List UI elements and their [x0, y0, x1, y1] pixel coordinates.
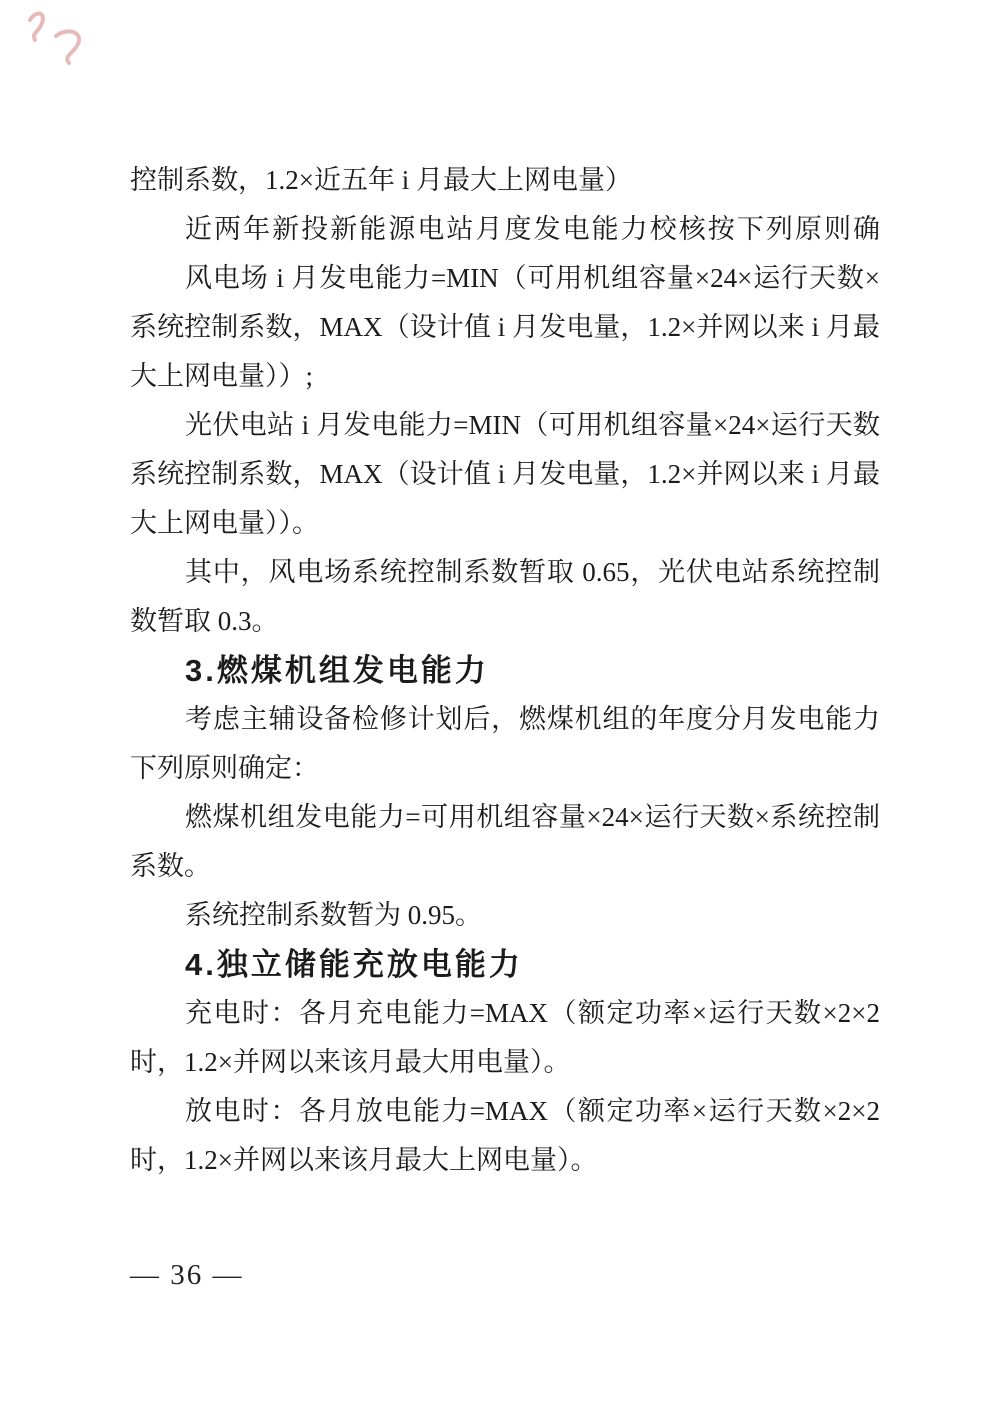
text-line: 放电时：各月放电能力=MAX（额定功率×运行天数×2×2 小 — [130, 1087, 880, 1136]
text-line: 数暂取 0.3。 — [130, 597, 880, 646]
text-line: 近两年新投新能源电站月度发电能力校核按下列原则确定： — [130, 205, 880, 254]
text-line: 大上网电量））。 — [130, 499, 880, 548]
text-line: 光伏电站 i 月发电能力=MIN（可用机组容量×24×运行天数× — [130, 401, 880, 450]
text-line: 风电场 i 月发电能力=MIN（可用机组容量×24×运行天数× — [130, 254, 880, 303]
red-pen-scribble-icon — [22, 6, 102, 71]
document-body: 控制系数，1.2×近五年 i 月最大上网电量）近两年新投新能源电站月度发电能力校… — [130, 156, 880, 1185]
section-heading: 3.燃煤机组发电能力 — [130, 646, 880, 695]
text-line: 其中，风电场系统控制系数暂取 0.65，光伏电站系统控制系 — [130, 548, 880, 597]
text-line: 充电时：各月充电能力=MAX（额定功率×运行天数×2×2 小 — [130, 989, 880, 1038]
text-line: 控制系数，1.2×近五年 i 月最大上网电量） — [130, 156, 880, 205]
text-line: 考虑主辅设备检修计划后，燃煤机组的年度分月发电能力按 — [130, 695, 880, 744]
text-line: 系统控制系数暂为 0.95。 — [130, 891, 880, 940]
document-page: 控制系数，1.2×近五年 i 月最大上网电量）近两年新投新能源电站月度发电能力校… — [0, 0, 1000, 1414]
page-number: — 36 — — [130, 1256, 244, 1294]
section-heading: 4.独立储能充放电能力 — [130, 940, 880, 989]
text-line: 时，1.2×并网以来该月最大用电量）。 — [130, 1038, 880, 1087]
text-line: 大上网电量））; — [130, 352, 880, 401]
text-line: 系统控制系数，MAX（设计值 i 月发电量，1.2×并网以来 i 月最 — [130, 303, 880, 352]
text-line: 系统控制系数，MAX（设计值 i 月发电量，1.2×并网以来 i 月最 — [130, 450, 880, 499]
text-line: 系数。 — [130, 842, 880, 891]
text-line: 时，1.2×并网以来该月最大上网电量）。 — [130, 1136, 880, 1185]
text-line: 燃煤机组发电能力=可用机组容量×24×运行天数×系统控制 — [130, 793, 880, 842]
text-line: 下列原则确定： — [130, 744, 880, 793]
